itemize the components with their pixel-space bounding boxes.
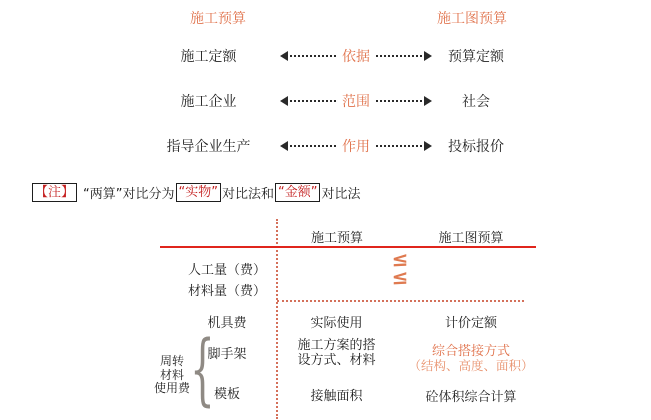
row-label-material: 材料量（费）: [162, 280, 292, 299]
left-term: 施工企业: [150, 91, 267, 111]
comparison-row-basis: 施工定额 依据 预算定额: [0, 46, 651, 66]
cell-machine-col1: 实际使用: [278, 312, 395, 331]
cell-scaffold-col2-line2: （结构、高度、面积）: [399, 356, 543, 374]
relation-arrows: 作用: [266, 136, 446, 156]
dotted-arrow-left-icon: [282, 55, 336, 57]
comparison-row-function: 指导企业生产 作用 投标报价: [0, 136, 651, 156]
cell-formwork-col2: 砼体积综合计算: [399, 386, 543, 405]
row-label-machine-fee: 机具费: [162, 312, 292, 331]
row-label-labor: 人工量（费）: [162, 259, 292, 278]
row-label-formwork: 模板: [162, 383, 292, 402]
right-term: 投标报价: [420, 136, 532, 156]
top-left-title: 施工预算: [190, 8, 246, 28]
cell-machine-col2: 计价定额: [399, 312, 543, 331]
diagram-page: 施工预算 施工图预算 施工定额 依据 预算定额 施工企业 范围 社会 指导企业生…: [0, 0, 651, 420]
left-term: 施工定额: [150, 46, 267, 66]
table-col1-header: 施工预算: [277, 227, 397, 246]
note-text: 对比法: [321, 183, 360, 202]
note-line: 【注】 “两算”对比分为 “实物” 对比法和 “金额” 对比法: [32, 183, 361, 202]
relation-label: 依据: [339, 46, 373, 66]
note-text: 对比法和: [222, 183, 274, 202]
relation-label: 作用: [339, 136, 373, 156]
row-label-scaffold: 脚手架: [162, 343, 292, 362]
relation-arrows: 范围: [266, 91, 446, 111]
note-text: “两算”对比分为: [83, 183, 174, 202]
amount-method-box: “金额”: [275, 183, 320, 202]
left-term: 指导企业生产: [150, 136, 267, 156]
physical-method-box: “实物”: [176, 183, 221, 202]
comparison-row-scope: 施工企业 范围 社会: [0, 91, 651, 111]
relation-arrows: 依据: [266, 46, 446, 66]
note-tag: 【注】: [32, 183, 77, 202]
relation-label: 范围: [339, 91, 373, 111]
right-term: 社会: [420, 91, 532, 111]
cell-formwork-col1: 接触面积: [278, 385, 395, 404]
dotted-arrow-left-icon: [282, 100, 336, 102]
table-row-divider: [277, 300, 524, 302]
table-header-rule: [160, 246, 536, 248]
table-col2-header: 施工图预算: [400, 227, 542, 246]
less-equal-comparison-icon: ≤ ≤: [385, 250, 415, 286]
right-term: 预算定额: [420, 46, 532, 66]
dotted-arrow-left-icon: [282, 145, 336, 147]
cell-scaffold-col1: 施工方案的搭 设方式、材料: [278, 338, 395, 368]
top-right-title: 施工图预算: [437, 8, 507, 28]
